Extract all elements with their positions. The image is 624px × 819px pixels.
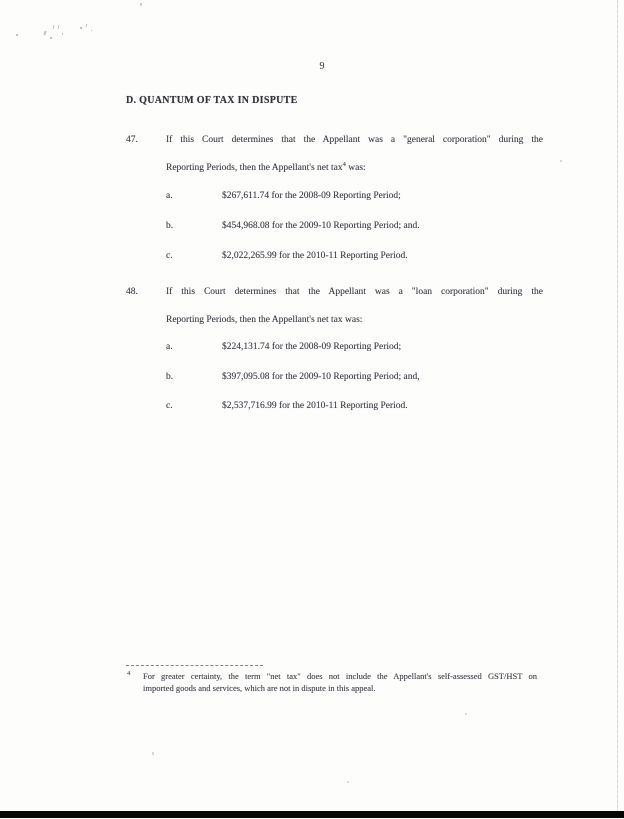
scan-black-bar	[0, 811, 624, 818]
scan-speck	[43, 31, 46, 35]
list-item-letter: b.	[166, 219, 222, 233]
paragraph-47-line1: If this Court determines that the Appell…	[166, 133, 543, 147]
footnote-marker: 4	[127, 668, 130, 680]
scan-speck	[347, 781, 349, 783]
page-edge-scan-line	[617, 0, 618, 819]
list-item-text: $2,022,265.99 for the 2010-11 Reporting …	[222, 249, 408, 263]
scan-speck	[62, 33, 63, 35]
list-item-48c: c. $2,537,716.99 for the 2010-11 Reporti…	[166, 399, 408, 413]
paragraph-47-text: If this Court determines that the Appell…	[166, 133, 543, 175]
footnote-body: For greater certainty, the term "net tax…	[143, 670, 537, 694]
paragraph-48: 48. If this Court determines that the Ap…	[126, 285, 543, 327]
scan-speck	[152, 752, 154, 755]
list-item-letter: a.	[166, 189, 222, 203]
list-item-47b: b. $454,968.08 for the 2009-10 Reporting…	[166, 219, 420, 233]
list-item-letter: c.	[166, 399, 222, 413]
section-heading: D. QUANTUM OF TAX IN DISPUTE	[126, 95, 298, 106]
list-item-letter: c.	[166, 249, 222, 263]
paragraph-47: 47. If this Court determines that the Ap…	[126, 133, 543, 175]
paragraph-47-line2: Reporting Periods, then the Appellant's …	[166, 161, 543, 175]
page-number: 9	[0, 61, 624, 72]
scan-speck	[140, 3, 142, 6]
scan-speck	[50, 37, 52, 39]
scan-speck	[80, 27, 82, 29]
list-item-48b: b. $397,095.08 for the 2009-10 Reporting…	[166, 370, 420, 384]
paragraph-48-line2: Reporting Periods, then the Appellant's …	[166, 313, 543, 327]
scan-speck	[53, 25, 55, 29]
list-item-text: $454,968.08 for the 2009-10 Reporting Pe…	[222, 219, 420, 233]
scan-speck	[560, 160, 562, 162]
scan-speck	[465, 713, 467, 715]
list-item-text: $224,131.74 for the 2008-09 Reporting Pe…	[222, 340, 401, 354]
footnote: 4 For greater certainty, the term "net t…	[126, 670, 537, 694]
footnote-separator	[126, 665, 263, 666]
scan-speck	[86, 24, 88, 27]
footnote-line2: imported goods and services, which are n…	[143, 682, 537, 694]
scan-speck	[91, 30, 92, 31]
footnote-line1: For greater certainty, the term "net tax…	[143, 670, 537, 682]
list-item-text: $2,537,716.99 for the 2010-11 Reporting …	[222, 399, 408, 413]
paragraph-47-number: 47.	[126, 133, 166, 175]
list-item-text: $397,095.08 for the 2009-10 Reporting Pe…	[222, 370, 420, 384]
list-item-letter: a.	[166, 340, 222, 354]
scanned-document-page: 9 D. QUANTUM OF TAX IN DISPUTE 47. If th…	[0, 0, 624, 819]
scan-speck	[16, 34, 18, 36]
scan-speck	[58, 25, 60, 29]
list-item-47c: c. $2,022,265.99 for the 2010-11 Reporti…	[166, 249, 408, 263]
list-item-47a: a. $267,611.74 for the 2008-09 Reporting…	[166, 189, 401, 203]
paragraph-48-line1: If this Court determines that the Appell…	[166, 285, 543, 299]
list-item-48a: a. $224,131.74 for the 2008-09 Reporting…	[166, 340, 401, 354]
paragraph-48-number: 48.	[126, 285, 166, 327]
paragraph-47-line2-end: was:	[346, 163, 366, 173]
paragraph-48-text: If this Court determines that the Appell…	[166, 285, 543, 327]
list-item-text: $267,611.74 for the 2008-09 Reporting Pe…	[222, 189, 401, 203]
paragraph-47-line2-start: Reporting Periods, then the Appellant's …	[166, 163, 343, 173]
list-item-letter: b.	[166, 370, 222, 384]
